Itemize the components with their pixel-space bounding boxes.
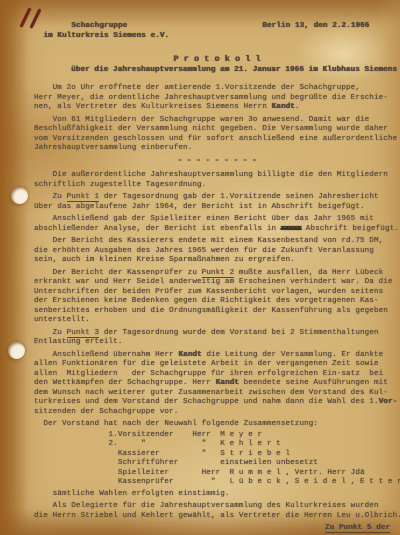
document-line: senberichtes erhoben und die Ordnungsmäß…	[34, 307, 400, 317]
text-segment: Beschlußfähigkeit der Versammlung nicht …	[34, 125, 388, 133]
paragraph-delegierte: Als Delegierte für die Jahreshauptversam…	[34, 502, 400, 521]
document-line: schriftlich zugestellte Tagesordnung.	[34, 181, 400, 191]
document-line: Um 2o Uhr eröffnete der amtierende 1.Vor…	[34, 84, 400, 94]
paragraph-punkt-3: Zu Punkt 3 der Tagesordnung wurde dem Vo…	[34, 329, 400, 348]
text-segment: im Kulturkreis Siemens e.V.	[43, 32, 169, 40]
text-segment: abschließender Analyse, der Bericht ist …	[34, 225, 281, 233]
paragraph-spielleiter-bericht: Anschließend gab der Spielleiter einen B…	[34, 215, 400, 234]
paragraph-kassierer-bericht: Der Bericht des Kassierers endete mit ei…	[34, 237, 400, 266]
punch-hole	[8, 342, 25, 359]
document-line: im Kulturkreis Siemens e.V.	[34, 32, 400, 42]
text-segment: Jahreshauptversammlung einberufen.	[34, 144, 192, 152]
document-line: über das abgelaufene Jahr 1964, der Beri…	[34, 203, 400, 213]
text-segment: Punkt 1	[67, 193, 100, 202]
document-line: die Herrn Striebel und Kehlert gewählt, …	[34, 512, 400, 522]
text-segment: Um 2o Uhr eröffnete der amtierende 1.Vor…	[34, 84, 360, 92]
document-line: Entlastung erteilt.	[34, 338, 400, 348]
text-segment: 2. " " K e h l e r t	[34, 440, 281, 448]
text-segment: Zu Punkt 5 der	[325, 524, 390, 533]
text-segment: Unterschriften der beiden Prüfer zum Kas…	[34, 288, 383, 296]
text-segment: der Erschienen keine Bedenken gegen die …	[34, 297, 379, 305]
text-segment: mußte ausfallen, da Herr Lübeck	[234, 269, 383, 277]
text-segment: Kassierer " S t r i e b e l	[34, 450, 290, 458]
text-segment: über die Jahreshauptversammlung am 21. J…	[71, 66, 397, 74]
text-segment: - - - - - - - - -	[177, 157, 256, 165]
vorstand-list: 1.Vorsitzender Herr M e y e r 2. " " K e…	[34, 431, 400, 488]
document-line: Herr Meyer, die ordentliche Jahreshauptv…	[34, 94, 400, 104]
text-segment: vom Vorsitzenden geschlossen und für sof…	[34, 135, 397, 143]
doc-title: P r o t o k o l l	[34, 55, 400, 65]
document-line: Kassierer " S t r i e b e l	[34, 450, 400, 460]
text-segment	[34, 32, 43, 40]
document-line: sitzenden der Schachgruppe vor.	[34, 408, 400, 418]
document-line: Jahreshauptversammlung einberufen.	[34, 144, 400, 154]
document-line: Der Bericht des Kassierers endete mit ei…	[34, 237, 400, 247]
text-segment: Entlastung erteilt.	[34, 338, 122, 346]
paragraph-wahlen: sämtliche Wahlen erfolgten einstimmig.	[34, 490, 400, 500]
text-segment: die Herrn Striebel und Kehlert gewählt, …	[34, 512, 400, 520]
text-segment	[34, 22, 71, 30]
text-segment: Schriftführer einstweilen unbesetzt	[34, 459, 318, 467]
text-segment: Abschrift beigefügt.	[301, 225, 399, 233]
text-segment: Der Bericht des Kassierers endete mit ei…	[34, 237, 383, 245]
paragraph-opening: Um 2o Uhr eröffnete der amtierende 1.Vor…	[34, 84, 400, 113]
text-segment: dem Wunsch nach weiterer guter Zusammena…	[34, 389, 388, 397]
text-segment: Als Delegierte für die Jahreshauptversam…	[34, 502, 379, 510]
text-segment: sämtliche Wahlen erfolgten einstimmig.	[34, 490, 230, 498]
text-segment: allen Funktionären für die geleistete Ar…	[34, 360, 379, 368]
catchword-next-page: Zu Punkt 5 der	[34, 524, 400, 534]
scanned-document-page: Schachgruppe Berlin 13, den 2.2.1966 im …	[0, 0, 400, 535]
document-line: 1.Vorsitzender Herr M e y e r	[34, 431, 400, 441]
document-line: allen Funktionären für die geleistete Ar…	[34, 360, 400, 370]
text-segment: der Tagesordnung wurde dem Vorstand bei …	[99, 329, 378, 337]
text-segment: Punkt 2	[202, 269, 235, 278]
text-segment: .	[295, 103, 300, 111]
text-segment: Schachgruppe	[71, 22, 127, 30]
document-line: erkrankt war und Herr Seidel anderweitig…	[34, 278, 400, 288]
doc-subtitle: über die Jahreshauptversammlung am 21. J…	[71, 66, 400, 76]
text-segment: P r o t o k o l l	[173, 54, 260, 64]
text-segment: schriftlich zugestellte Tagesordnung.	[34, 181, 206, 189]
document-line: dem Wunsch nach weiterer guter Zusammena…	[34, 389, 400, 399]
text-segment: sein, auch im kleinen Kreise Sparmaßnahm…	[34, 256, 295, 264]
document-line: Der Bericht der Kassenprüfer zu Punkt 2 …	[34, 269, 400, 279]
document-line: Zu Punkt 5 der	[34, 524, 390, 534]
document-line: Zu Punkt 3 der Tagesordnung wurde dem Vo…	[34, 329, 400, 339]
text-segment: über das abgelaufene Jahr 1964, der Beri…	[34, 203, 365, 211]
document-line: den Wettkämpfen der Schachgruppe. Herr K…	[34, 379, 400, 389]
document-line: Zu Punkt 1 der Tagesordnung gab der 1.Vo…	[34, 193, 400, 203]
text-segment: Der Bericht der Kassenprüfer zu	[34, 269, 202, 277]
text-segment: Kandt	[216, 379, 239, 387]
text-segment: Spielleiter Herr R u m m e l , Vertr. He…	[34, 469, 365, 477]
paragraph-agenda: Die außerordentliche Jahreshauptversamml…	[34, 171, 400, 190]
text-segment: Berlin 13, den 2.2.1966	[262, 22, 369, 30]
text-segment: beendete seine Ausführungen mit	[239, 379, 388, 387]
document-line: die erhöhten Ausgaben des Jahres 1965 we…	[34, 247, 400, 257]
document-line: Als Delegierte für die Jahreshauptversam…	[34, 502, 400, 512]
text-segment: Die außerordentliche Jahreshauptversamml…	[34, 171, 388, 179]
document-line: 2. " " K e h l e r t	[34, 440, 400, 450]
paragraph-quorum: Von 61 Mitgliedern der Schachgruppe ware…	[34, 116, 400, 154]
paragraph-vorstand-intro: Der Vorstand hat nach der Neuwahl folgen…	[34, 420, 400, 430]
text-segment: Anschließend übernahm Herr	[34, 351, 178, 359]
text-segment	[127, 22, 262, 30]
document-line: Schriftführer einstweilen unbesetzt	[34, 459, 400, 469]
text-segment: die erhöhten Ausgaben des Jahres 1965 we…	[34, 247, 374, 255]
document-line: nen, als Vertreter des Kulturkreises Sie…	[34, 103, 400, 113]
document-line: P r o t o k o l l	[34, 55, 400, 65]
document-line: Spielleiter Herr R u m m e l , Vertr. He…	[34, 469, 400, 479]
text-segment: nen, als Vertreter des Kulturkreises Sie…	[34, 103, 272, 111]
document-line: Kassenprüfer " L ü b e c k , S e i d e l…	[34, 478, 400, 488]
text-segment: Kassenprüfer " L ü b e c k , S e i d e l…	[34, 478, 400, 486]
text-segment: der Tagesordnung gab der 1.Vorsitzende s…	[99, 193, 378, 201]
text-segment: die Leitung der Versammlung. Er dankte	[202, 351, 384, 359]
punch-hole	[11, 187, 28, 204]
text-segment: erkrankt war und Herr Seidel anderweitig…	[34, 278, 393, 286]
document-line: Von 61 Mitgliedern der Schachgruppe ware…	[34, 116, 400, 126]
text-segment: Kandt	[272, 103, 295, 111]
document-line: sämtliche Wahlen erfolgten einstimmig.	[34, 490, 400, 500]
text-segment: den Wettkämpfen der Schachgruppe. Herr	[34, 379, 216, 387]
document-line: Schachgruppe Berlin 13, den 2.2.1966	[34, 22, 400, 32]
paragraph-punkt-1: Zu Punkt 1 der Tagesordnung gab der 1.Vo…	[34, 193, 400, 212]
text-segment: Anschließend gab der Spielleiter einen B…	[34, 215, 374, 223]
text-segment: sitzenden der Schachgruppe vor.	[34, 408, 178, 416]
document-line: Anschließend übernahm Herr Kandt die Lei…	[34, 351, 400, 361]
text-segment: Der Vorstand hat nach der Neuwahl folgen…	[34, 420, 318, 428]
separator-dashes: - - - - - - - - -	[34, 157, 400, 167]
text-segment: unterstellt.	[34, 316, 90, 324]
document-line: - - - - - - - - -	[34, 157, 400, 167]
text-segment: Zu	[34, 193, 67, 201]
document-line: Die außerordentliche Jahreshauptversamml…	[34, 171, 400, 181]
document-line: turkreises und dem Vorstand der Schachgr…	[34, 398, 400, 408]
text-segment: 1.Vorsitzender Herr M e y e r	[34, 431, 262, 439]
document-line: Beschlußfähigkeit der Versammlung nicht …	[34, 125, 400, 135]
document-line: allen Mitgliedern der Schachgruppe für i…	[34, 370, 400, 380]
text-segment: allen Mitgliedern der Schachgruppe für i…	[34, 370, 383, 378]
text-segment: Zu	[34, 329, 67, 337]
text-segment: Von 61 Mitgliedern der Schachgruppe ware…	[34, 116, 369, 124]
document-line: abschließender Analyse, der Bericht ist …	[34, 225, 400, 235]
document-line: Der Vorstand hat nach der Neuwahl folgen…	[34, 420, 400, 430]
document-line: Unterschriften der beiden Prüfer zum Kas…	[34, 288, 400, 298]
text-segment: senberichtes erhoben und die Ordnungsmäß…	[34, 307, 388, 315]
text-segment: Punkt 3	[67, 329, 100, 338]
text-segment: Herr Meyer, die ordentliche Jahreshauptv…	[34, 94, 388, 102]
document-line: über die Jahreshauptversammlung am 21. J…	[71, 66, 400, 76]
document-line: unterstellt.	[34, 316, 400, 326]
paragraph-punkt-2: Der Bericht der Kassenprüfer zu Punkt 2 …	[34, 269, 400, 326]
text-segment: xxxxx	[281, 225, 301, 233]
letterhead: Schachgruppe Berlin 13, den 2.2.1966 im …	[34, 22, 400, 41]
document-line: vom Vorsitzenden geschlossen und für sof…	[34, 135, 400, 145]
document-line: sein, auch im kleinen Kreise Sparmaßnahm…	[34, 256, 400, 266]
text-segment: Vor-	[379, 398, 398, 406]
typewritten-text-block: Schachgruppe Berlin 13, den 2.2.1966 im …	[34, 22, 400, 535]
document-line: Anschließend gab der Spielleiter einen B…	[34, 215, 400, 225]
text-segment: Kandt	[178, 351, 201, 359]
paragraph-kandt-leitung: Anschließend übernahm Herr Kandt die Lei…	[34, 351, 400, 418]
document-line: der Erschienen keine Bedenken gegen die …	[34, 297, 400, 307]
text-segment: turkreises und dem Vorstand der Schachgr…	[34, 398, 379, 406]
